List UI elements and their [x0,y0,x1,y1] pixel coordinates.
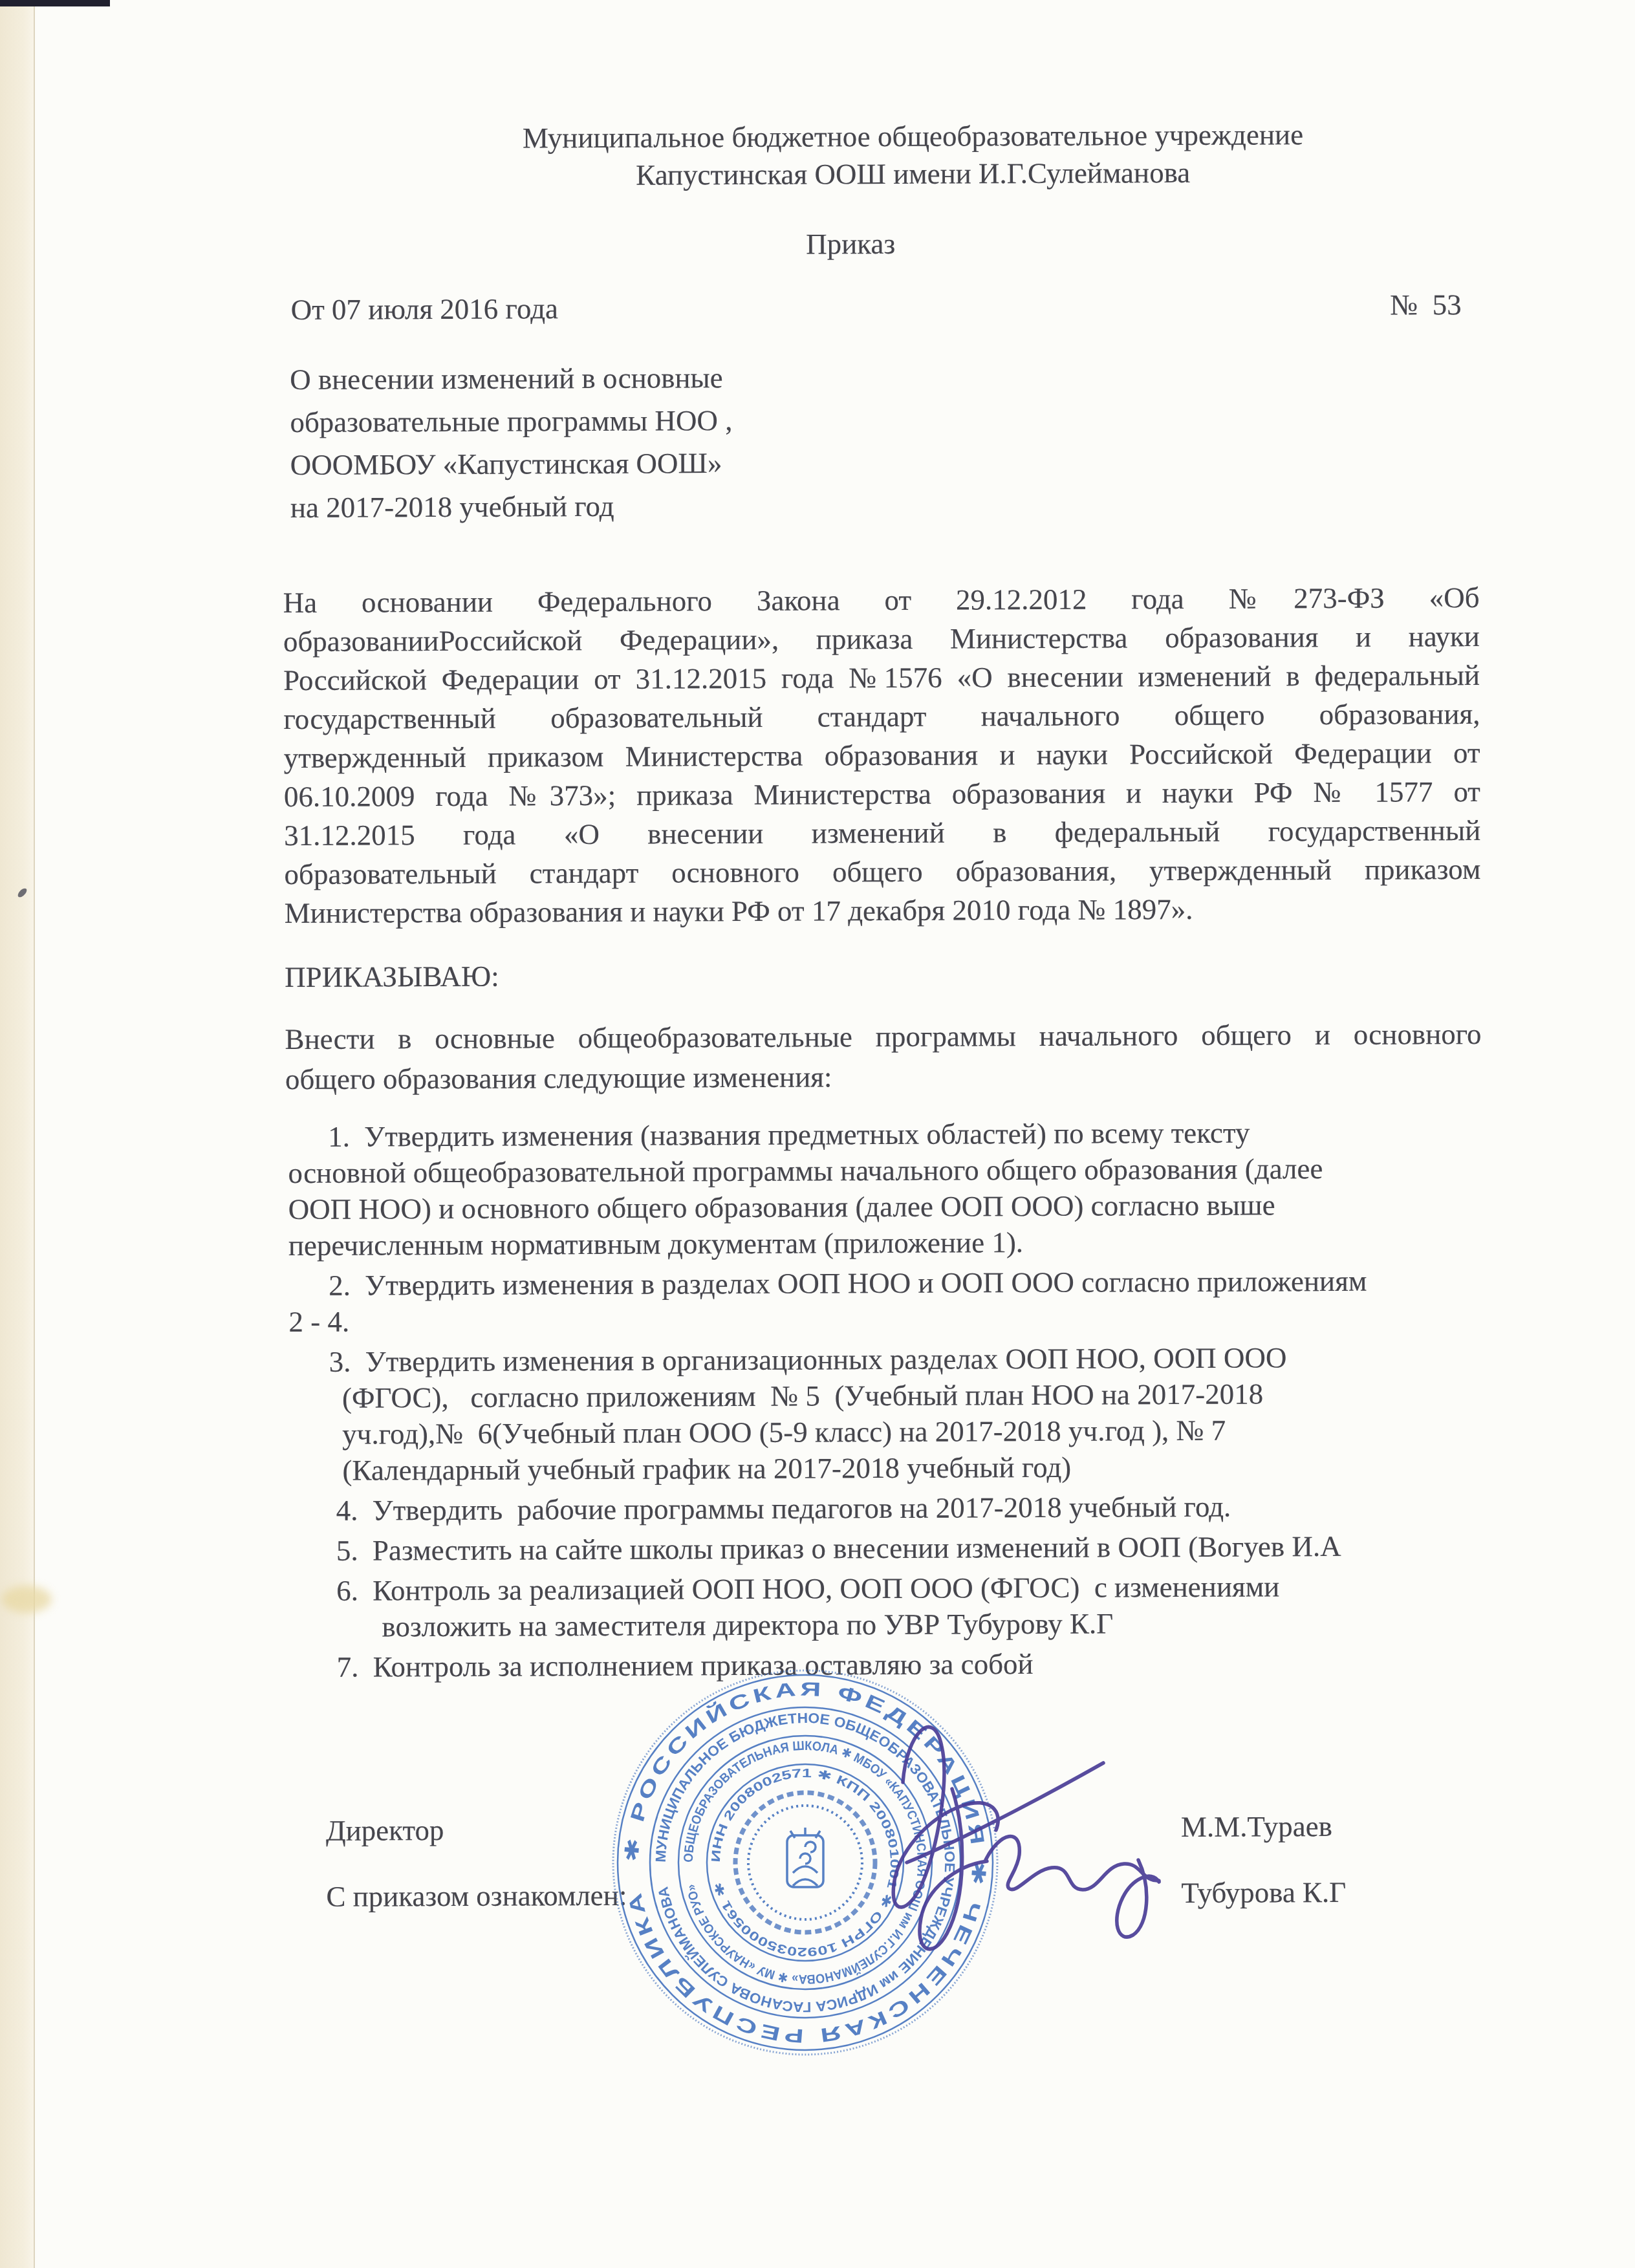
ink-signatures-overlay [0,0,1635,2268]
signatures-ink [893,1727,1159,1949]
acknowledged-signature-ink [986,1837,1159,1938]
director-signature-ink [893,1727,1103,1949]
